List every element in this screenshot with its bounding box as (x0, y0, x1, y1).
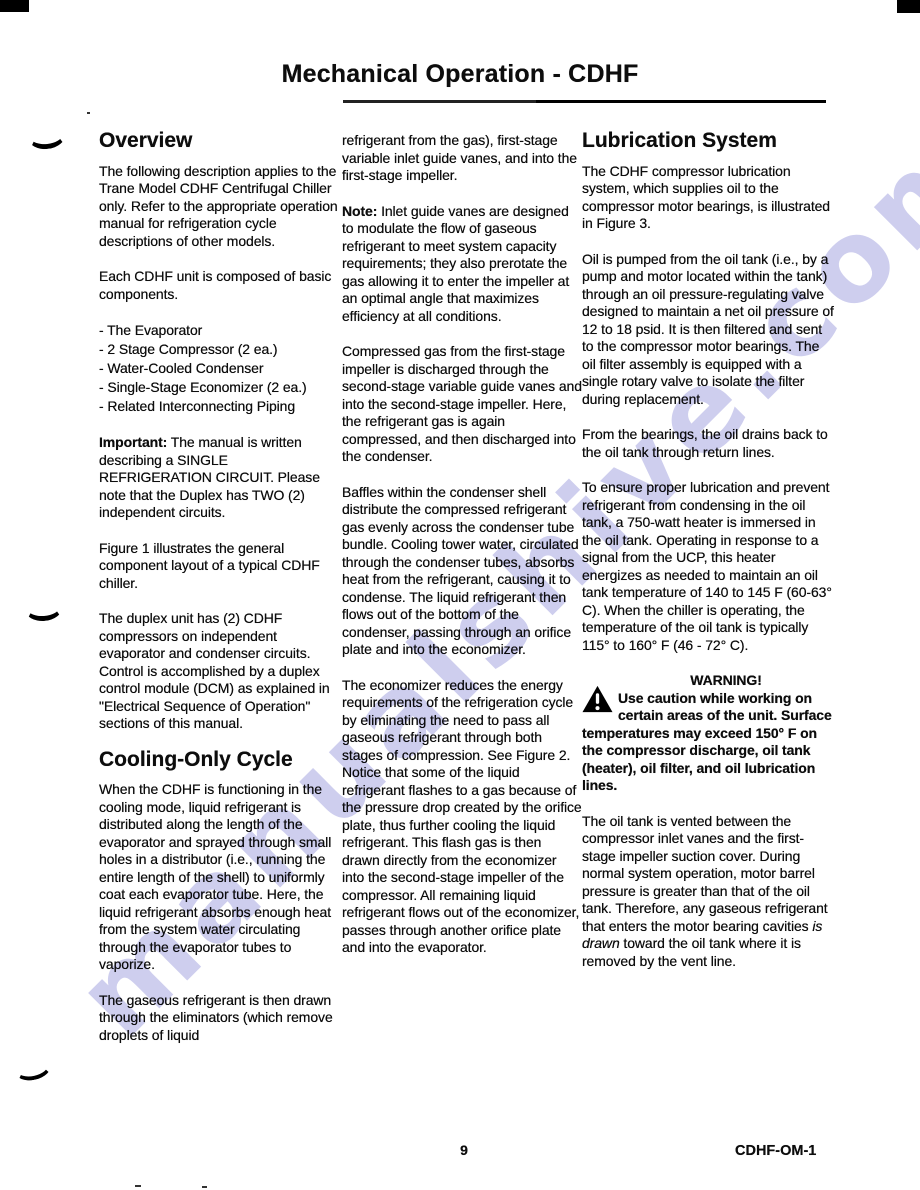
warning-icon (582, 685, 613, 713)
column-overview: Overview The following description appli… (99, 132, 339, 1062)
page-title: Mechanical Operation - CDHF (0, 60, 920, 89)
paragraph: The gaseous refrigerant is then drawn th… (99, 992, 339, 1045)
list-item: - Single-Stage Economizer (2 ea.) (99, 378, 339, 397)
paragraph: Compressed gas from the first-stage impe… (342, 343, 582, 466)
paragraph-text: The oil tank is vented between the compr… (582, 813, 828, 934)
scan-artifact-corner-top-left (0, 0, 29, 12)
paragraph: The following description applies to the… (99, 163, 339, 251)
component-list: - The Evaporator - 2 Stage Compressor (2… (99, 321, 339, 416)
paragraph: The duplex unit has (2) CDHF compressors… (99, 610, 339, 733)
scan-artifact-corner-top-right (897, 0, 920, 13)
warning-text: Use caution while working on certain are… (582, 690, 834, 795)
paragraph: The oil tank is vented between the compr… (582, 813, 834, 971)
note-label: Note: (342, 203, 377, 219)
scan-artifact-crescent (24, 595, 63, 623)
paragraph: Baffles within the condenser shell distr… (342, 484, 582, 659)
list-item: - 2 Stage Compressor (2 ea.) (99, 340, 339, 359)
paragraph: From the bearings, the oil drains back t… (582, 426, 834, 461)
list-item: - The Evaporator (99, 321, 339, 340)
paragraph: The CDHF compressor lubrication system, … (582, 163, 834, 233)
section-heading-cooling-only-cycle: Cooling-Only Cycle (99, 751, 339, 769)
column-lubrication: Lubrication System The CDHF compressor l… (582, 132, 834, 988)
paragraph: Figure 1 illustrates the general compone… (99, 540, 339, 593)
paragraph: To ensure proper lubrication and prevent… (582, 479, 834, 654)
paragraph: When the CDHF is functioning in the cool… (99, 781, 339, 974)
note-text: Inlet guide vanes are designed to modula… (342, 203, 569, 324)
paragraph: Each CDHF unit is composed of basic comp… (99, 268, 339, 303)
manual-page: Mechanical Operation - CDHF Overview The… (0, 0, 920, 1190)
list-item: - Water-Cooled Condenser (99, 359, 339, 378)
title-rule (343, 100, 826, 103)
doc-code: CDHF-OM-1 (735, 1143, 816, 1159)
paragraph: The economizer reduces the energy requir… (342, 677, 582, 957)
paragraph-note: Note: Inlet guide vanes are designed to … (342, 203, 582, 326)
paragraph: Oil is pumped from the oil tank (i.e., b… (582, 251, 834, 409)
scan-artifact-speck (87, 112, 90, 114)
scan-artifact-speck (135, 1185, 141, 1187)
warning-block: WARNING! Use caution while working on ce… (582, 672, 834, 795)
scan-artifact-crescent (27, 122, 66, 151)
paragraph: refrigerant from the gas), first-stage v… (342, 132, 582, 185)
scan-artifact-crescent (12, 1052, 53, 1083)
paragraph-important: Important: The manual is written describ… (99, 434, 339, 522)
important-label: Important: (99, 434, 167, 450)
list-item: - Related Interconnecting Piping (99, 397, 339, 416)
section-heading-overview: Overview (99, 132, 339, 150)
warning-title: WARNING! (602, 672, 834, 690)
section-heading-lubrication-system: Lubrication System (582, 132, 834, 150)
scan-artifact-speck (202, 1186, 207, 1188)
page-number: 9 (452, 1142, 476, 1158)
column-middle: refrigerant from the gas), first-stage v… (342, 132, 582, 975)
